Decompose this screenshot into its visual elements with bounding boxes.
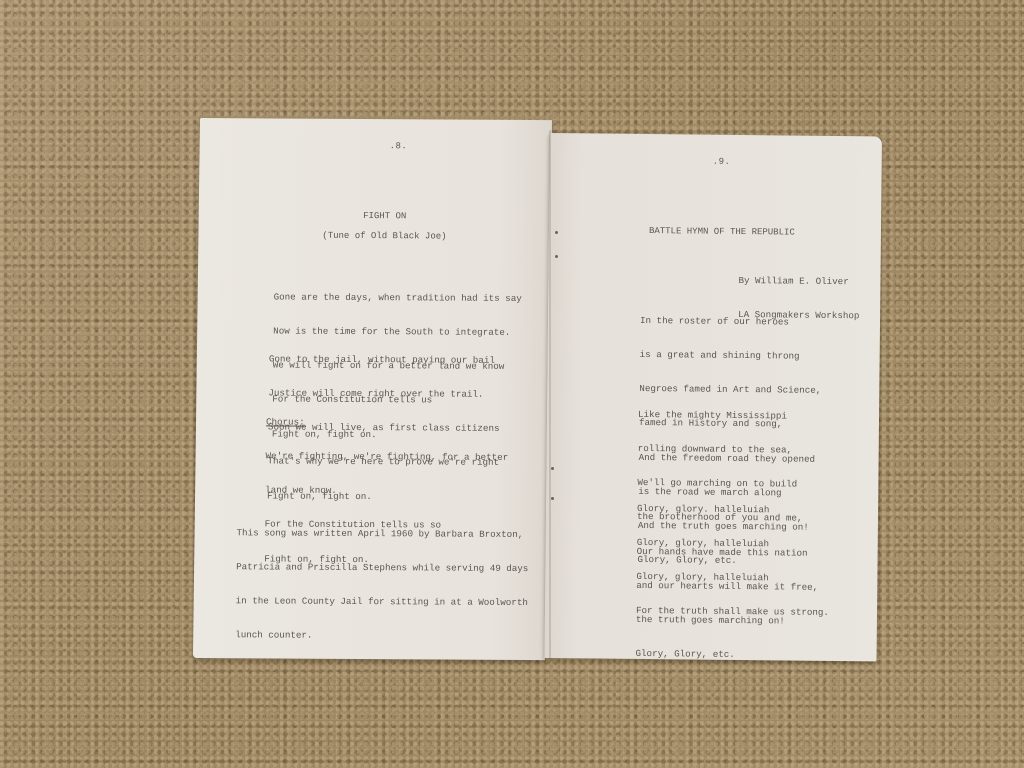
- page-right: .9. BATTLE HYMN OF THE REPUBLIC By Willi…: [545, 133, 882, 661]
- chorus-label: Chorus:: [266, 416, 509, 429]
- note-line: lunch counter.: [235, 630, 527, 643]
- song-title: BATTLE HYMN OF THE REPUBLIC: [649, 226, 795, 238]
- verse-line: Glory, Glory, etc.: [635, 648, 817, 661]
- refrain-line: Glory, glory, halleluiah: [636, 571, 829, 584]
- note-line: This song was written April 1960 by Barb…: [236, 527, 528, 540]
- verse-line: Gone to the jail, without paying our bai…: [269, 353, 501, 366]
- page-number: .9.: [713, 157, 731, 167]
- verse-line: rolling downward to the sea,: [638, 443, 820, 456]
- refrain: Glory, glory. halleluiah Glory, glory, h…: [636, 480, 831, 642]
- staple-mark: [555, 231, 558, 234]
- refrain-line: Glory, glory. halleluiah: [637, 503, 830, 516]
- staple-mark: [551, 467, 554, 470]
- song-subtitle: (Tune of Old Black Joe): [198, 230, 550, 242]
- staple-mark: [555, 255, 558, 258]
- song-note: This song was written April 1960 by Barb…: [235, 504, 529, 665]
- verse-line: is a great and shining throng: [640, 349, 822, 362]
- verse-line: Gone are the days, when tradition had it…: [274, 291, 522, 304]
- note-line: in the Leon County Jail for sitting in a…: [236, 595, 528, 608]
- note-line: Patricia and Priscilla Stephens while se…: [236, 561, 528, 574]
- chorus-line: land we know.: [265, 485, 508, 498]
- open-booklet: .8. FIGHT ON (Tune of Old Black Joe) Gon…: [0, 0, 1024, 768]
- page-left: .8. FIGHT ON (Tune of Old Black Joe) Gon…: [193, 118, 552, 660]
- author-name: By William E. Oliver: [738, 275, 859, 288]
- refrain-line: For the truth shall make us strong.: [636, 605, 829, 618]
- verse-line: In the roster of our heroes: [640, 315, 822, 328]
- booklet-spine: [549, 130, 551, 658]
- page-number: .8.: [390, 141, 408, 151]
- song-title: FIGHT ON: [199, 210, 551, 222]
- verse-line: Like the mighty Mississippi: [638, 409, 820, 422]
- refrain-line: Glory, glory, halleluiah: [637, 537, 830, 550]
- chorus-line: We're fighting, we're fighting, for a be…: [266, 450, 509, 463]
- staple-mark: [551, 497, 554, 500]
